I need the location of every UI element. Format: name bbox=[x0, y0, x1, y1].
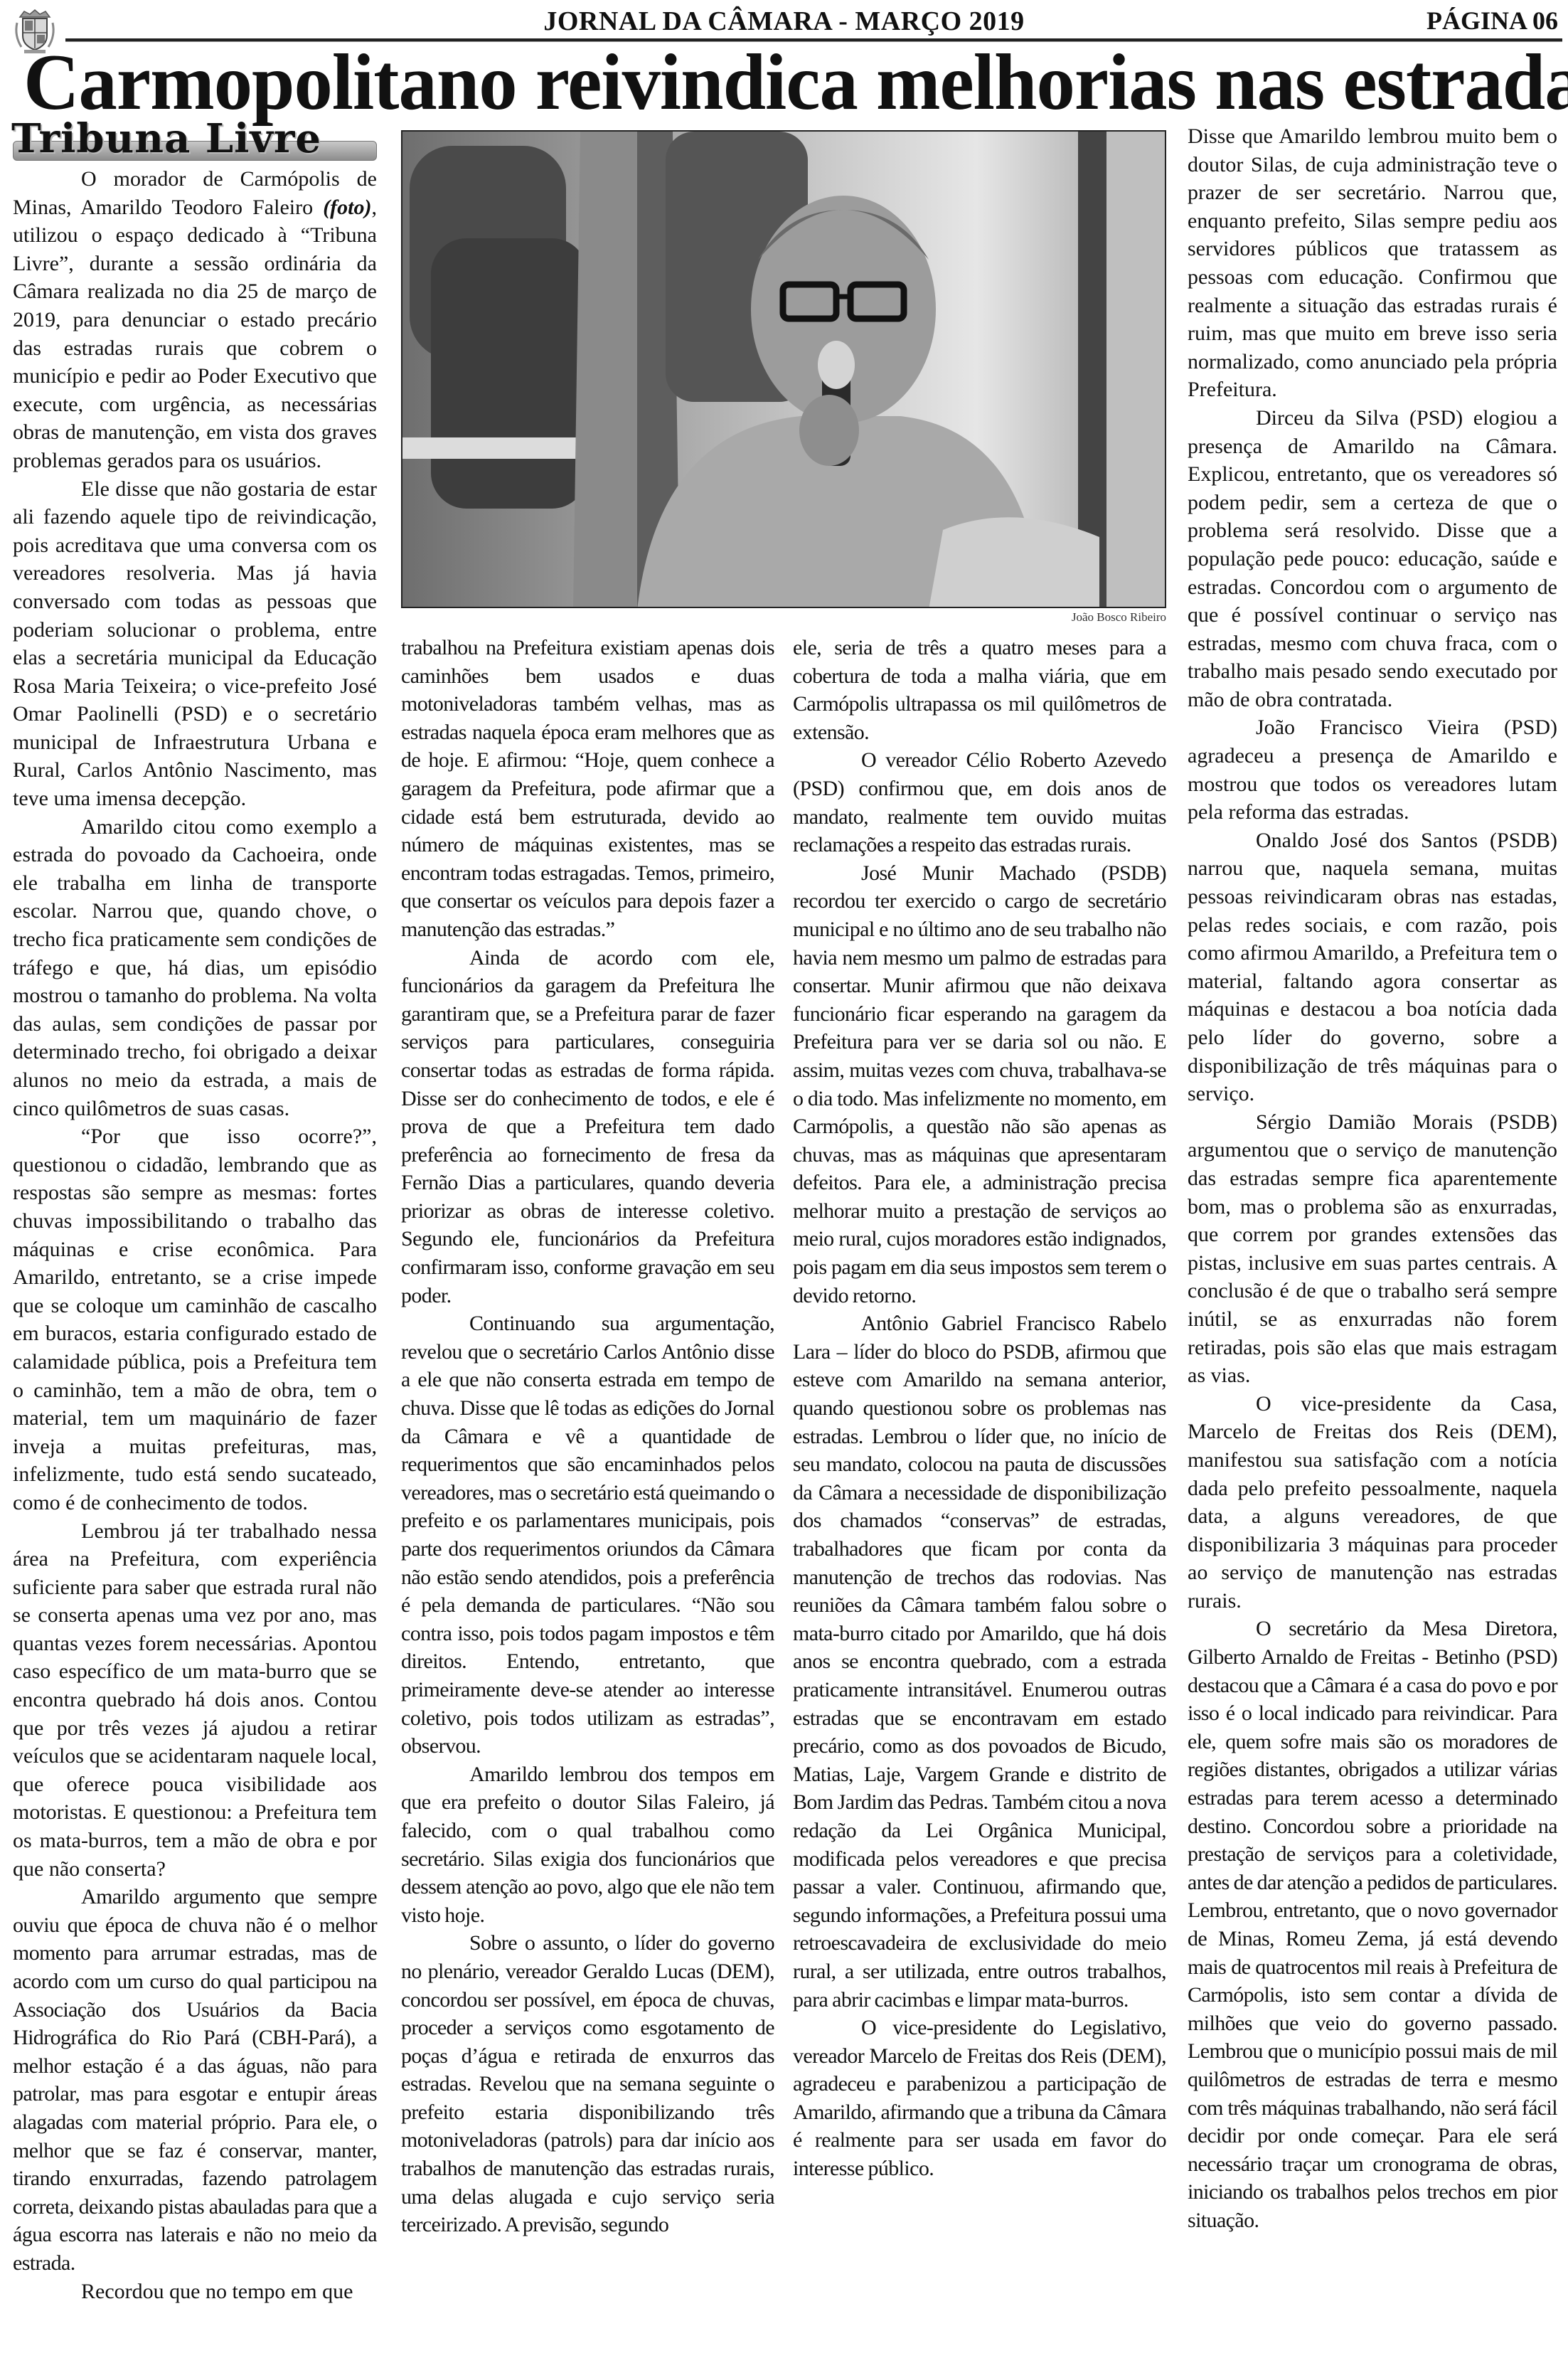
paragraph: Amarildo lembrou dos tempos em que era p… bbox=[401, 1760, 774, 1930]
paragraph: Amarildo citou como exemplo a estrada do… bbox=[13, 813, 377, 1123]
paragraph: O morador de Carmópolis de Minas, Amaril… bbox=[13, 165, 377, 475]
masthead-title: JORNAL DA CÂMARA - MARÇO 2019 bbox=[0, 6, 1568, 37]
paragraph: João Francisco Vieira (PSD) agradeceu a … bbox=[1188, 713, 1557, 826]
article-column-4: Disse que Amarildo lembrou muito bem o d… bbox=[1188, 122, 1557, 2235]
paragraph: Onaldo José dos Santos (PSDB) narrou que… bbox=[1188, 827, 1557, 1108]
paragraph: Dirceu da Silva (PSD) elogiou a presença… bbox=[1188, 404, 1557, 714]
article-photo bbox=[401, 130, 1166, 608]
photo-credit: João Bosco Ribeiro bbox=[1024, 610, 1166, 625]
section-label: Tribuna Livre bbox=[11, 115, 321, 162]
paragraph: Disse que Amarildo lembrou muito bem o d… bbox=[1188, 122, 1557, 404]
paragraph: Recordou que no tempo em que bbox=[13, 2278, 377, 2306]
paragraph: José Munir Machado (PSDB) recordou ter e… bbox=[793, 859, 1166, 1310]
speaker-photo-icon bbox=[402, 132, 1166, 608]
paragraph: “Por que isso ocorre?”, questionou o cid… bbox=[13, 1122, 377, 1517]
paragraph: Antônio Gabriel Francisco Rabelo Lara – … bbox=[793, 1310, 1166, 2014]
article-column-2: trabalhou na Prefeitura existiam apenas … bbox=[401, 634, 774, 2239]
paragraph: Sobre o assunto, o líder do governo no p… bbox=[401, 1929, 774, 2239]
paragraph: Sérgio Damião Morais (PSDB) argumentou q… bbox=[1188, 1108, 1557, 1390]
paragraph: Ainda de acordo com ele, funcionários da… bbox=[401, 944, 774, 1310]
paragraph: Continuando sua argumentação, revelou qu… bbox=[401, 1310, 774, 1760]
paragraph: ele, seria de três a quatro meses para a… bbox=[793, 634, 1166, 746]
paragraph: O vereador Célio Roberto Azevedo (PSD) c… bbox=[793, 746, 1166, 859]
paragraph: O secretário da Mesa Diretora, Gilberto … bbox=[1188, 1615, 1557, 2234]
article-column-1: O morador de Carmópolis de Minas, Amaril… bbox=[13, 165, 377, 2305]
paragraph: Lembrou já ter trabalhado nessa área na … bbox=[13, 1517, 377, 1884]
paragraph: Ele disse que não gostaria de estar ali … bbox=[13, 475, 377, 813]
section-banner-tribuna-livre: Tribuna Livre bbox=[10, 122, 377, 162]
page-number: PÁGINA 06 bbox=[1426, 6, 1558, 36]
article-column-3: ele, seria de três a quatro meses para a… bbox=[793, 634, 1166, 2183]
paragraph: trabalhou na Prefeitura existiam apenas … bbox=[401, 634, 774, 944]
paragraph: Amarildo argumento que sempre ouviu que … bbox=[13, 1883, 377, 2277]
article-headline: Carmopolitano reivindica melhorias nas e… bbox=[23, 41, 1545, 124]
paragraph: O vice-presidente da Casa, Marcelo de Fr… bbox=[1188, 1390, 1557, 1615]
paragraph: O vice-presidente do Legislativo, veread… bbox=[793, 2014, 1166, 2183]
